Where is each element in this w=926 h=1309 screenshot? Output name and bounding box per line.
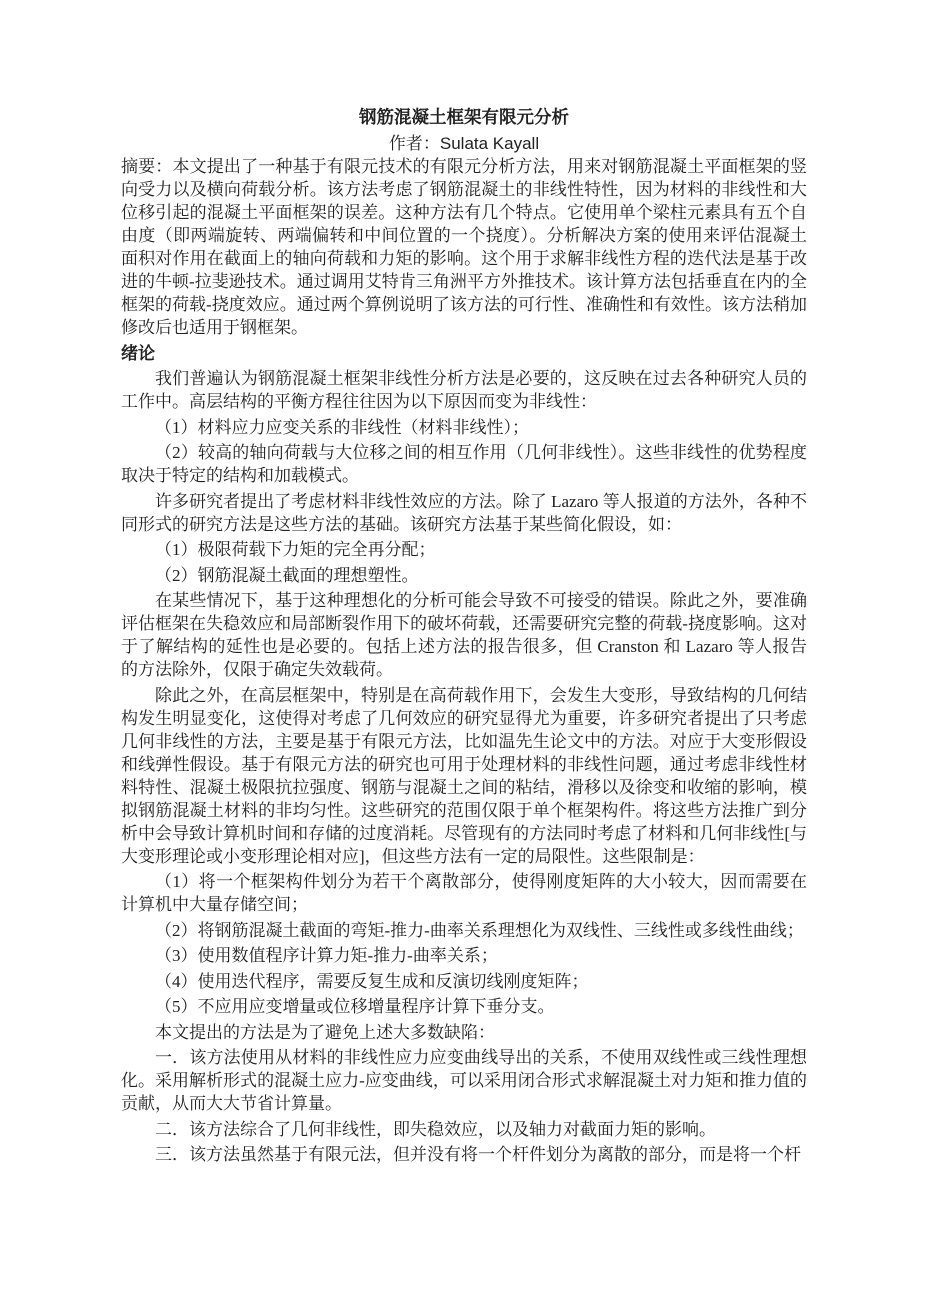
document-page: 钢筋混凝土框架有限元分析 作者：Sulata Kayall 摘要：本文提出了一种… (0, 0, 926, 1309)
paragraph-assumption-2: （2）钢筋混凝土截面的理想塑性。 (121, 564, 807, 587)
paragraph-nonlinearity-1: （1）材料应力应变关系的非线性（材料非线性）； (121, 416, 807, 439)
paragraph-researchers: 许多研究者提出了考虑材料非线性效应的方法。除了 Lazaro 等人报道的方法外，… (121, 490, 807, 536)
section-heading-introduction: 绪论 (121, 342, 807, 365)
author-name: Sulata Kayall (440, 134, 539, 153)
paragraph-feature-2: 二．该方法综合了几何非线性，即失稳效应，以及轴力对截面力矩的影响。 (121, 1118, 807, 1141)
paragraph-limit-1: （1）将一个框架构件划分为若干个离散部分，使得刚度矩阵的大小较大，因而需要在计算… (121, 870, 807, 916)
paragraph-geometric-nonlinearity: 除此之外，在高层框架中，特别是在高荷载作用下，会发生大变形，导致结构的几何结构发… (121, 684, 807, 868)
paragraph-assumption-1: （1）极限荷载下力矩的完全再分配； (121, 538, 807, 561)
abstract-paragraph: 摘要：本文提出了一种基于有限元技术的有限元分析方法，用来对钢筋混凝土平面框架的竖… (121, 155, 807, 339)
paragraph-feature-1: 一．该方法使用从材料的非线性应力应变曲线导出的关系，不使用双线性或三线性理想化。… (121, 1046, 807, 1115)
paragraph-limit-2: （2）将钢筋混凝土截面的弯矩-推力-曲率关系理想化为双线性、三线性或多线性曲线； (121, 919, 807, 942)
paragraph-limit-5: （5）不应用应变增量或位移增量程序计算下垂分支。 (121, 995, 807, 1018)
paragraph-limit-3: （3）使用数值程序计算力矩-推力-曲率关系； (121, 944, 807, 967)
author-line: 作者：Sulata Kayall (121, 132, 807, 155)
author-label: 作者： (389, 134, 440, 153)
paragraph-nonlinearity-2: （2）较高的轴向荷载与大位移之间的相互作用（几何非线性）。这些非线性的优势程度取… (121, 441, 807, 487)
paragraph-method-intro: 本文提出的方法是为了避免上述大多数缺陷： (121, 1021, 807, 1044)
document-title: 钢筋混凝土框架有限元分析 (121, 106, 807, 129)
paragraph-feature-3: 三．该方法虽然基于有限元法，但并没有将一个杆件划分为离散的部分，而是将一个杆 (121, 1143, 807, 1166)
paragraph-intro-1: 我们普遍认为钢筋混凝土框架非线性分析方法是必要的，这反映在过去各种研究人员的工作… (121, 367, 807, 413)
paragraph-limitations-intro: 在某些情况下，基于这种理想化的分析可能会导致不可接受的错误。除此之外，要准确评估… (121, 589, 807, 681)
paragraph-limit-4: （4）使用迭代程序，需要反复生成和反演切线刚度矩阵； (121, 970, 807, 993)
